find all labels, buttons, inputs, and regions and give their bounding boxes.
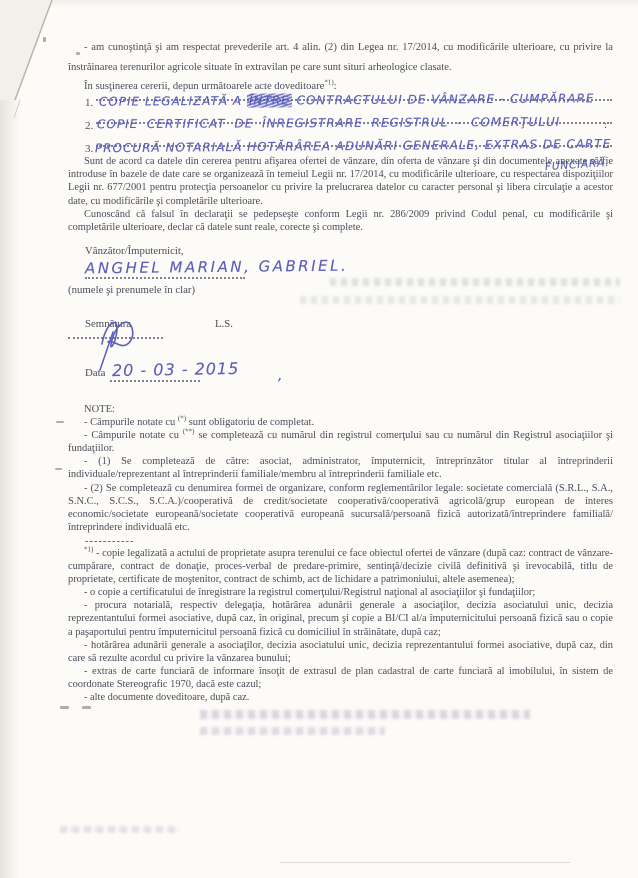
- notes-title: NOTE:: [68, 403, 613, 416]
- declaration-paragraph: Cunoscând că falsul în declaraţii se ped…: [68, 208, 613, 234]
- scan-speck: [56, 421, 64, 423]
- page-top-edge-shadow: [0, 0, 638, 8]
- note-3: - (1) Se completează de către: asociat, …: [68, 455, 613, 481]
- acts-item-1-handwriting: COPIE LEGALIZATĂ A ÎNTRE CONTRACTULUI DE…: [99, 91, 595, 108]
- acts-item-3-number: 3.: [85, 143, 93, 155]
- bleed-through-artifact: [200, 710, 530, 719]
- footnote-4: - hotărârea adunării generale a asociaţi…: [68, 639, 613, 665]
- bleed-through-artifact: [60, 826, 180, 833]
- date-trailing-mark: ,: [278, 368, 282, 384]
- acts-item-2-handwriting: COPIE CERTIFICAT DE ÎNREGISTRARE REGISTR…: [97, 115, 560, 131]
- scan-speck: [43, 37, 46, 42]
- seller-handwritten-name: ANGHEL MARIAN, GABRIEL.: [85, 257, 348, 278]
- note-2: - Câmpurile notate cu (**) se completeaz…: [68, 429, 613, 455]
- date-handwriting: 20 - 03 - 2015: [112, 359, 240, 380]
- acts-item-1-number: 1.: [85, 97, 93, 109]
- scan-line-artifact: [280, 862, 570, 863]
- footnote-ref-marker: *1): [324, 79, 333, 87]
- bleed-through-artifact: [300, 296, 620, 304]
- footnote-2: - o copie a certificatului de înregistra…: [68, 586, 613, 599]
- scan-speck: [60, 706, 69, 709]
- scan-speck: [82, 706, 91, 709]
- footnote-1: *1) - copie legalizată a actului de prop…: [68, 547, 613, 586]
- note-1: - Câmpurile notate cu (*) sunt obligator…: [68, 416, 613, 429]
- registry-number-marker: (**): [183, 428, 195, 436]
- bleed-through-artifact: [330, 278, 620, 286]
- acts-item-2-number: 2.: [85, 120, 93, 132]
- seller-name-hint: (numele şi prenumele în clar): [68, 284, 195, 296]
- required-field-marker: (*): [178, 415, 186, 423]
- consent-paragraph: Sunt de acord ca datele din cererea pent…: [68, 155, 613, 208]
- bleed-through-artifact: [200, 727, 385, 735]
- scan-speck: [55, 468, 62, 470]
- scanned-document-page: - am cunoştinţă şi am respectat preveder…: [0, 0, 638, 878]
- acts-item-2-trailing: :: [604, 119, 607, 131]
- crossed-out-word: ÎNTRE: [247, 93, 292, 107]
- date-label: Data: [85, 367, 105, 379]
- footnote-6: - alte documente doveditoare, după caz.: [68, 691, 613, 704]
- intro-paragraph: - am cunoştinţă şi am respectat preveder…: [68, 38, 613, 77]
- footnote-3: - procura notarială, respectiv delegaţia…: [68, 599, 613, 638]
- footnote-1-marker: *1): [84, 546, 93, 554]
- footnote-5: - extras de carte funciară de informare …: [68, 665, 613, 691]
- ls-stamp-label: L.S.: [215, 318, 233, 330]
- page-left-edge-shadow: [0, 0, 20, 878]
- note-4: - (2) Se completează cu denumirea formei…: [68, 482, 613, 534]
- acts-item-3-handwriting: PROCURĂ NOTARIALĂ HOTĂRÂREA ADUNĂRI GENE…: [95, 137, 611, 156]
- seller-label: Vânzător/Împuternicit,: [85, 245, 184, 257]
